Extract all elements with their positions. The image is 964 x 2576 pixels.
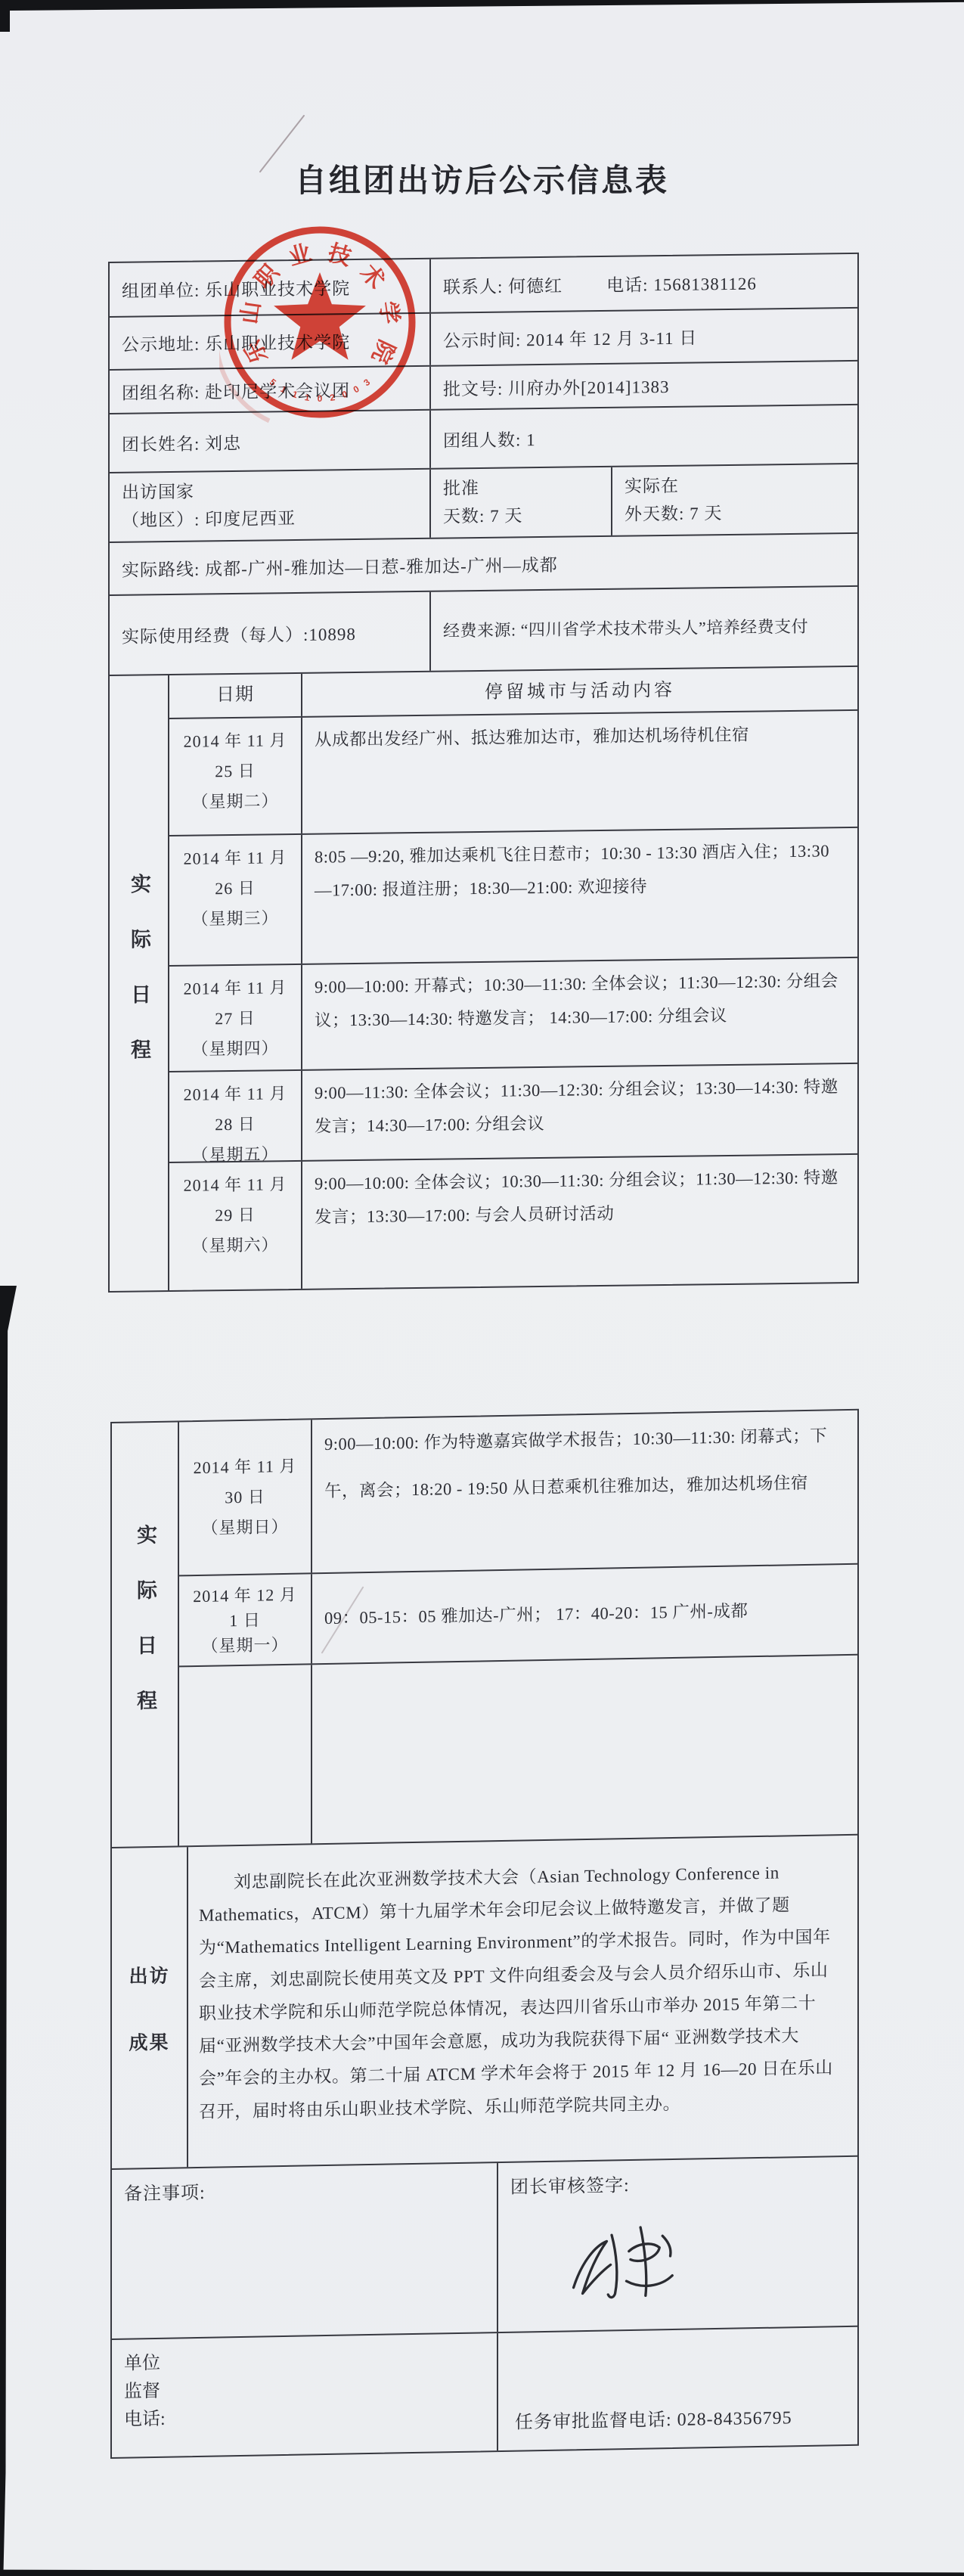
info-row-route: 实际路线: 成都-广州-雅加达—日惹-雅加达-广州—成都 [110, 534, 857, 596]
itinerary-row-nov26: 2014 年 11 月 26 日 （星期三） 8:05 —9:20, 雅加达乘机… [169, 828, 857, 967]
date-line2: 30 日 [225, 1482, 265, 1513]
outcomes-label-cell: 出访 成果 [112, 1847, 188, 2168]
approval-no-cell: 批文号: 川府办外[2014]1383 [431, 362, 857, 409]
funding-source-cell: 经费来源: “四川省学术技术带头人”培养经费支付 [431, 587, 857, 671]
date-line1: 2014 年 11 月 [184, 843, 287, 874]
itinerary-row-nov28: 2014 年 11 月 28 日 （星期五） 9:00—11:30: 全体会议；… [169, 1064, 857, 1163]
activity-cell: 09：05-15：05 雅加达-广州； 17：40-20：15 广州-成都 [312, 1565, 857, 1663]
official-seal-stamp: 乐,山,职,业,技,术,学,院 乐 山 职 业 技 术 学 院 5 1 1 1 … [219, 222, 425, 425]
unit-supervision-line3: 电话: [124, 2400, 497, 2435]
actual-days-line2: 外天数: 7 天 [625, 498, 857, 529]
scanned-paper: 自组团出访后公示信息表 组团单位: 乐山职业技术学院 联系人: 何德红 电话: … [0, 0, 964, 2576]
task-supervision-cell: 任务审批监督电话: 028-84356795 [498, 2327, 857, 2450]
date-line2: 25 日 [215, 756, 256, 787]
page-title: 自组团出访后公示信息表 [0, 156, 964, 201]
seal-char: 职 [250, 259, 284, 293]
seal-char: 学 [375, 299, 403, 325]
outcomes-row: 出访 成果 刘忠副院长在此次亚洲数学技术大会（Asian Technology … [112, 1836, 857, 2170]
activity-cell: 9:00—10:00: 开幕式；10:30—11:30: 全体会议；11:30—… [302, 958, 857, 1069]
date-line2: 27 日 [215, 1004, 256, 1035]
signature-label: 团长审核签字: [510, 2176, 630, 2198]
signature-stroke [626, 2276, 673, 2289]
date-line1: 2014 年 11 月 [184, 1169, 287, 1201]
itinerary-row-nov29: 2014 年 11 月 29 日 （星期六） 9:00—10:00: 全体会议；… [169, 1155, 857, 1290]
seal-char: 术 [355, 259, 389, 293]
activity-cell: 9:00—10:00: 作为特邀嘉宾做学术报告；10:30—11:30: 闭幕式… [312, 1411, 857, 1573]
approved-days-line1: 批准 [443, 473, 611, 504]
unit-supervision-cell: 单位 监督 电话: [112, 2333, 498, 2457]
date-line1: 2014 年 11 月 [184, 1079, 287, 1110]
itinerary-row-nov27: 2014 年 11 月 27 日 （星期四） 9:00—10:00: 开幕式；1… [169, 958, 857, 1072]
date-line1: 2014 年 11 月 [184, 973, 287, 1004]
spacer [563, 284, 606, 284]
seal-digit: 0 [340, 389, 349, 401]
activity-cell: 8:05 —9:20, 雅加达乘机飞往日惹市；10:30 - 13:30 酒店入… [302, 828, 857, 964]
remarks-cell: 备注事项: [112, 2163, 498, 2339]
itinerary-rows: 日期 停留城市与活动内容 2014 年 11 月 25 日 （星期二） 从成都出… [169, 667, 857, 1290]
supervision-row: 单位 监督 电话: 任务审批监督电话: 028-84356795 [112, 2327, 857, 2457]
itinerary-row-nov25: 2014 年 11 月 25 日 （星期二） 从成都出发经广州、抵达雅加达市，雅… [169, 711, 857, 836]
seal-digit: 2 [329, 392, 336, 403]
date-line3: （星期六） [191, 1230, 278, 1261]
signature-stroke [662, 2235, 671, 2257]
budget-cell: 实际使用经费（每人）:10898 [110, 592, 431, 675]
content-header-cell: 停留城市与活动内容 [302, 667, 857, 716]
date-line3: （星期一） [201, 1631, 288, 1658]
seal-char: 院 [367, 336, 399, 367]
scan-edge-bottom [0, 2567, 964, 2576]
date-line1: 2014 年 12 月 [193, 1581, 297, 1608]
scan-edge-left [0, 1286, 17, 2576]
itinerary-section-page2: 实际日程 2014 年 11 月 30 日 （星期日） 9:00—10:00: … [112, 1411, 857, 1848]
date-line1: 2014 年 11 月 [194, 1451, 297, 1483]
seal-char: 业 [286, 241, 315, 271]
date-line3: （星期四） [191, 1033, 278, 1064]
info-table-page2: 实际日程 2014 年 11 月 30 日 （星期日） 9:00—10:00: … [110, 1409, 859, 2459]
date-cell: 2014 年 11 月 26 日 （星期三） [169, 835, 302, 965]
itinerary-rows: 2014 年 11 月 30 日 （星期日） 9:00—10:00: 作为特邀嘉… [179, 1411, 857, 1846]
outcomes-label-line1: 出访 [129, 1960, 169, 1988]
itinerary-section-page1: 实际日程 日期 停留城市与活动内容 2014 年 11 月 25 日 （星期二）… [110, 667, 857, 1291]
approved-days-line2: 天数: 7 天 [443, 501, 611, 532]
actual-days-line1: 实际在 [625, 470, 857, 501]
date-cell: 2014 年 12 月 1 日 （星期一） [179, 1575, 312, 1666]
activity-cell: 9:00—10:00: 全体会议；10:30—11:30: 分组会议；11:30… [302, 1155, 857, 1289]
leader-signature: 刘忠 [559, 2206, 699, 2318]
seal-digit: 1 [291, 389, 299, 401]
remarks-row: 备注事项: 团长审核签字: 刘忠 [112, 2157, 857, 2340]
public-time-cell: 公示时间: 2014 年 12 月 3-11 日 [431, 309, 857, 365]
date-line2: 1 日 [229, 1607, 261, 1633]
outcomes-label-line2: 成果 [129, 2027, 169, 2055]
activity-cell: 从成都出发经广州、抵达雅加达市，雅加达机场待机住宿 [302, 711, 857, 833]
date-line2: 29 日 [215, 1200, 256, 1231]
date-cell: 2014 年 11 月 27 日 （星期四） [169, 965, 302, 1071]
itinerary-row-dec1: 2014 年 12 月 1 日 （星期一） 09：05-15：05 雅加达-广州… [179, 1565, 857, 1667]
itinerary-row-nov30: 2014 年 11 月 30 日 （星期日） 9:00—10:00: 作为特邀嘉… [179, 1411, 857, 1577]
seal-digit: 0 [352, 383, 361, 396]
info-row-budget: 实际使用经费（每人）:10898 经费来源: “四川省学术技术带头人”培养经费支… [110, 587, 857, 676]
scan-corner-mark [0, 5, 10, 32]
date-line1: 2014 年 11 月 [184, 725, 287, 757]
activity-cell-empty [312, 1656, 857, 1844]
seal-star-icon [274, 272, 366, 360]
scan-edge-top [0, 0, 964, 12]
seal-char: 山 [237, 299, 265, 325]
seal-char: 乐 [240, 335, 273, 367]
seal-digit: 3 [361, 377, 372, 388]
group-size-cell: 团组人数: 1 [431, 405, 857, 468]
seal-digit: 0 [318, 393, 323, 404]
seal-digit: 1 [279, 383, 289, 396]
date-cell: 2014 年 11 月 30 日 （星期日） [179, 1420, 312, 1575]
signature-stroke [569, 2241, 613, 2295]
itinerary-section-label: 实际日程 [129, 873, 149, 1094]
country-cell: 出访国家 （地区）: 印度尼西亚 [110, 470, 431, 542]
seal-digit: 5 [268, 377, 278, 388]
leader-signature-cell: 团长审核签字: 刘忠 [498, 2157, 857, 2332]
seal-char: 技 [325, 241, 354, 271]
itinerary-row-empty [179, 1656, 857, 1846]
date-cell: 2014 年 11 月 29 日 （星期六） [169, 1162, 302, 1290]
date-line3: （星期三） [191, 903, 278, 934]
date-cell-empty [179, 1665, 312, 1845]
itinerary-label-cell: 实际日程 [110, 675, 169, 1291]
route-cell: 实际路线: 成都-广州-雅加达—日惹-雅加达-广州—成都 [110, 534, 857, 594]
contact-phone: 电话: 15681381126 [606, 269, 757, 296]
date-header-cell: 日期 [169, 674, 302, 718]
seal-code-digits: 5 1 1 1 0 2 0 0 3 [268, 377, 373, 404]
date-line2: 28 日 [215, 1110, 256, 1141]
date-line3: （星期二） [191, 786, 278, 817]
contact-name: 联系人: 何德红 [443, 272, 563, 298]
actual-days-cell: 实际在 外天数: 7 天 [612, 464, 857, 535]
contact-cell: 联系人: 何德红 电话: 15681381126 [431, 254, 857, 312]
outcomes-paragraph: 刘忠副院长在此次亚洲数学技术大会（Asian Technology Confer… [188, 1836, 857, 2128]
country-line1: 出访国家 [122, 476, 429, 507]
funding-source-text: 经费来源: “四川省学术技术带头人”培养经费支付 [431, 612, 816, 647]
date-line2: 26 日 [215, 874, 256, 905]
approved-days-cell: 批准 天数: 7 天 [431, 467, 612, 538]
activity-cell: 9:00—11:30: 全体会议；11:30—12:30: 分组会议；13:30… [302, 1064, 857, 1160]
itinerary-section-label: 实际日程 [135, 1524, 155, 1745]
date-cell: 2014 年 11 月 25 日 （星期二） [169, 718, 302, 835]
itinerary-label-cell: 实际日程 [112, 1422, 179, 1847]
date-line3: （星期日） [201, 1512, 288, 1544]
info-row-country: 出访国家 （地区）: 印度尼西亚 批准 天数: 7 天 实际在 外天数: 7 天 [110, 464, 857, 543]
date-cell: 2014 年 11 月 28 日 （星期五） [169, 1071, 302, 1162]
outcomes-content-cell: 刘忠副院长在此次亚洲数学技术大会（Asian Technology Confer… [188, 1836, 857, 2167]
seal-digit: 1 [304, 392, 311, 403]
country-line2: （地区）: 印度尼西亚 [122, 504, 429, 535]
